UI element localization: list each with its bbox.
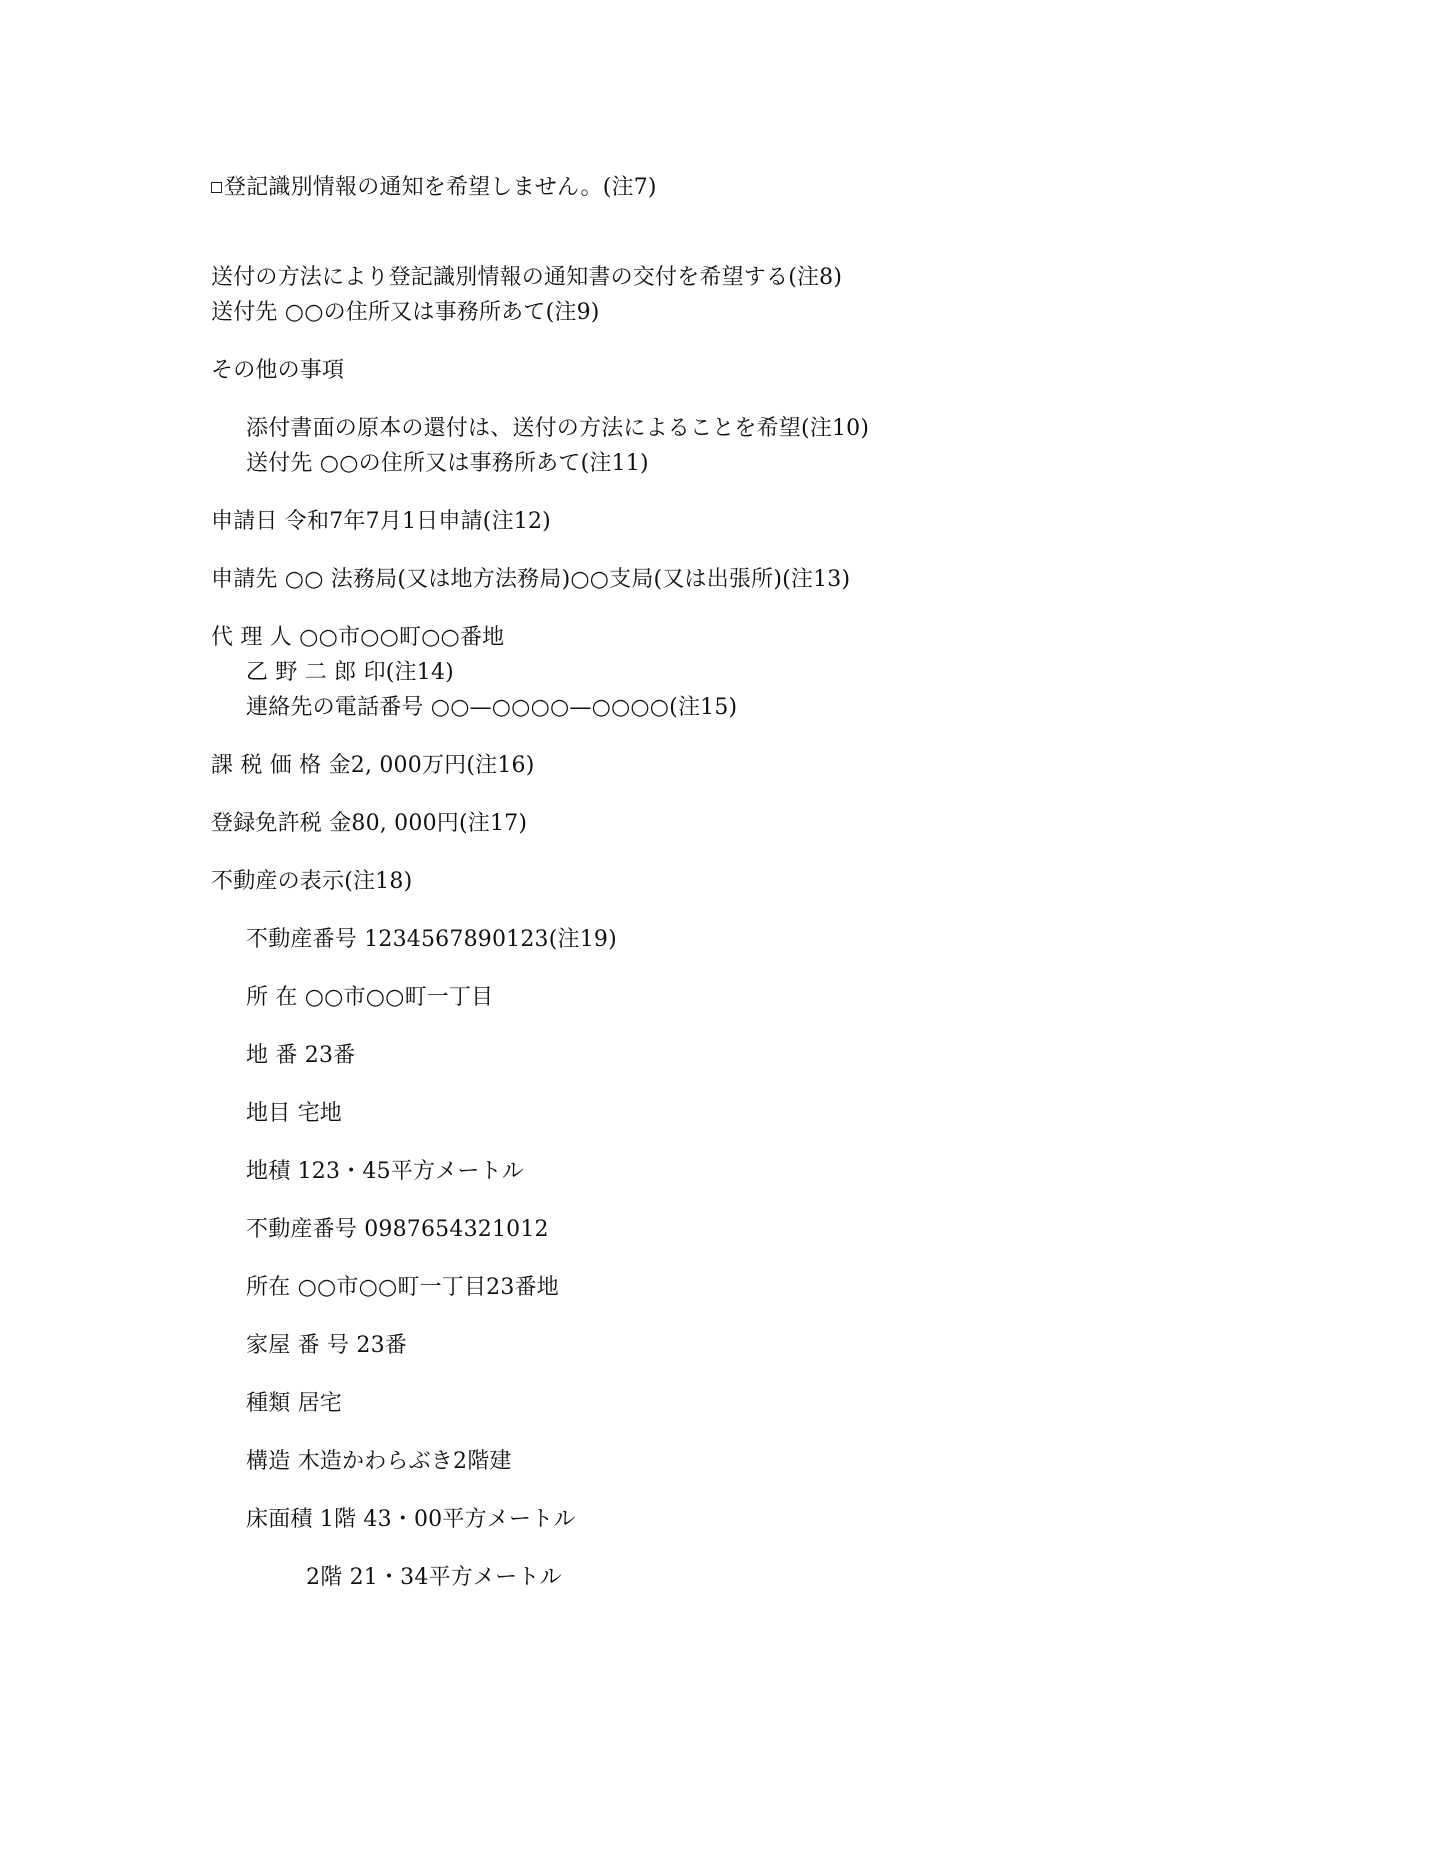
building-structure: 構造 木造かわらぶき2階建 (246, 1447, 512, 1477)
return-request: 添付書面の原本の還付は、送付の方法によることを希望(注10) (246, 414, 869, 444)
delivery-request: 送付の方法により登記識別情報の通知書の交付を希望する(注8) (211, 263, 842, 293)
land-area: 地積 123・45平方メートル (246, 1157, 524, 1187)
application-date: 申請日 令和7年7月1日申請(注12) (211, 507, 551, 537)
land-property-number: 不動産番号 1234567890123(注19) (246, 925, 617, 955)
notification-opt-out-text: 登記識別情報の通知を希望しません。(注7) (224, 175, 657, 200)
building-property-number: 不動産番号 0987654321012 (246, 1215, 549, 1245)
notification-opt-out-checkbox[interactable] (211, 182, 222, 193)
building-floor-area-1: 床面積 1階 43・00平方メートル (246, 1505, 576, 1535)
application-to: 申請先 ○○ 法務局(又は地方法務局)○○支局(又は出張所)(注13) (211, 565, 850, 595)
registration-tax: 登録免許税 金80, 000円(注17) (211, 809, 527, 839)
building-floor-area-2: 2階 21・34平方メートル (306, 1563, 562, 1593)
land-location: 所 在 ○○市○○町一丁目 (246, 983, 493, 1013)
delivery-destination: 送付先 ○○の住所又は事務所あて(注9) (211, 298, 600, 328)
other-matters-heading: その他の事項 (211, 356, 344, 386)
land-category: 地目 宅地 (246, 1099, 342, 1129)
building-location: 所在 ○○市○○町一丁目23番地 (246, 1273, 559, 1303)
return-destination: 送付先 ○○の住所又は事務所あて(注11) (246, 449, 649, 479)
document-page: 登記識別情報の通知を希望しません。(注7) 送付の方法により登記識別情報の通知書… (0, 0, 1440, 1864)
agent-phone: 連絡先の電話番号 ○○—○○○○—○○○○(注15) (246, 693, 737, 723)
agent-address: 代 理 人 ○○市○○町○○番地 (211, 623, 504, 653)
building-type: 種類 居宅 (246, 1389, 342, 1419)
building-house-number: 家屋 番 号 23番 (246, 1331, 407, 1361)
land-lot-number: 地 番 23番 (246, 1041, 355, 1071)
taxable-value: 課 税 価 格 金2, 000万円(注16) (211, 751, 535, 781)
property-heading: 不動産の表示(注18) (211, 867, 412, 897)
agent-name: 乙 野 二 郎 印(注14) (246, 658, 454, 688)
notification-opt-out-line: 登記識別情報の通知を希望しません。(注7) (211, 173, 657, 203)
